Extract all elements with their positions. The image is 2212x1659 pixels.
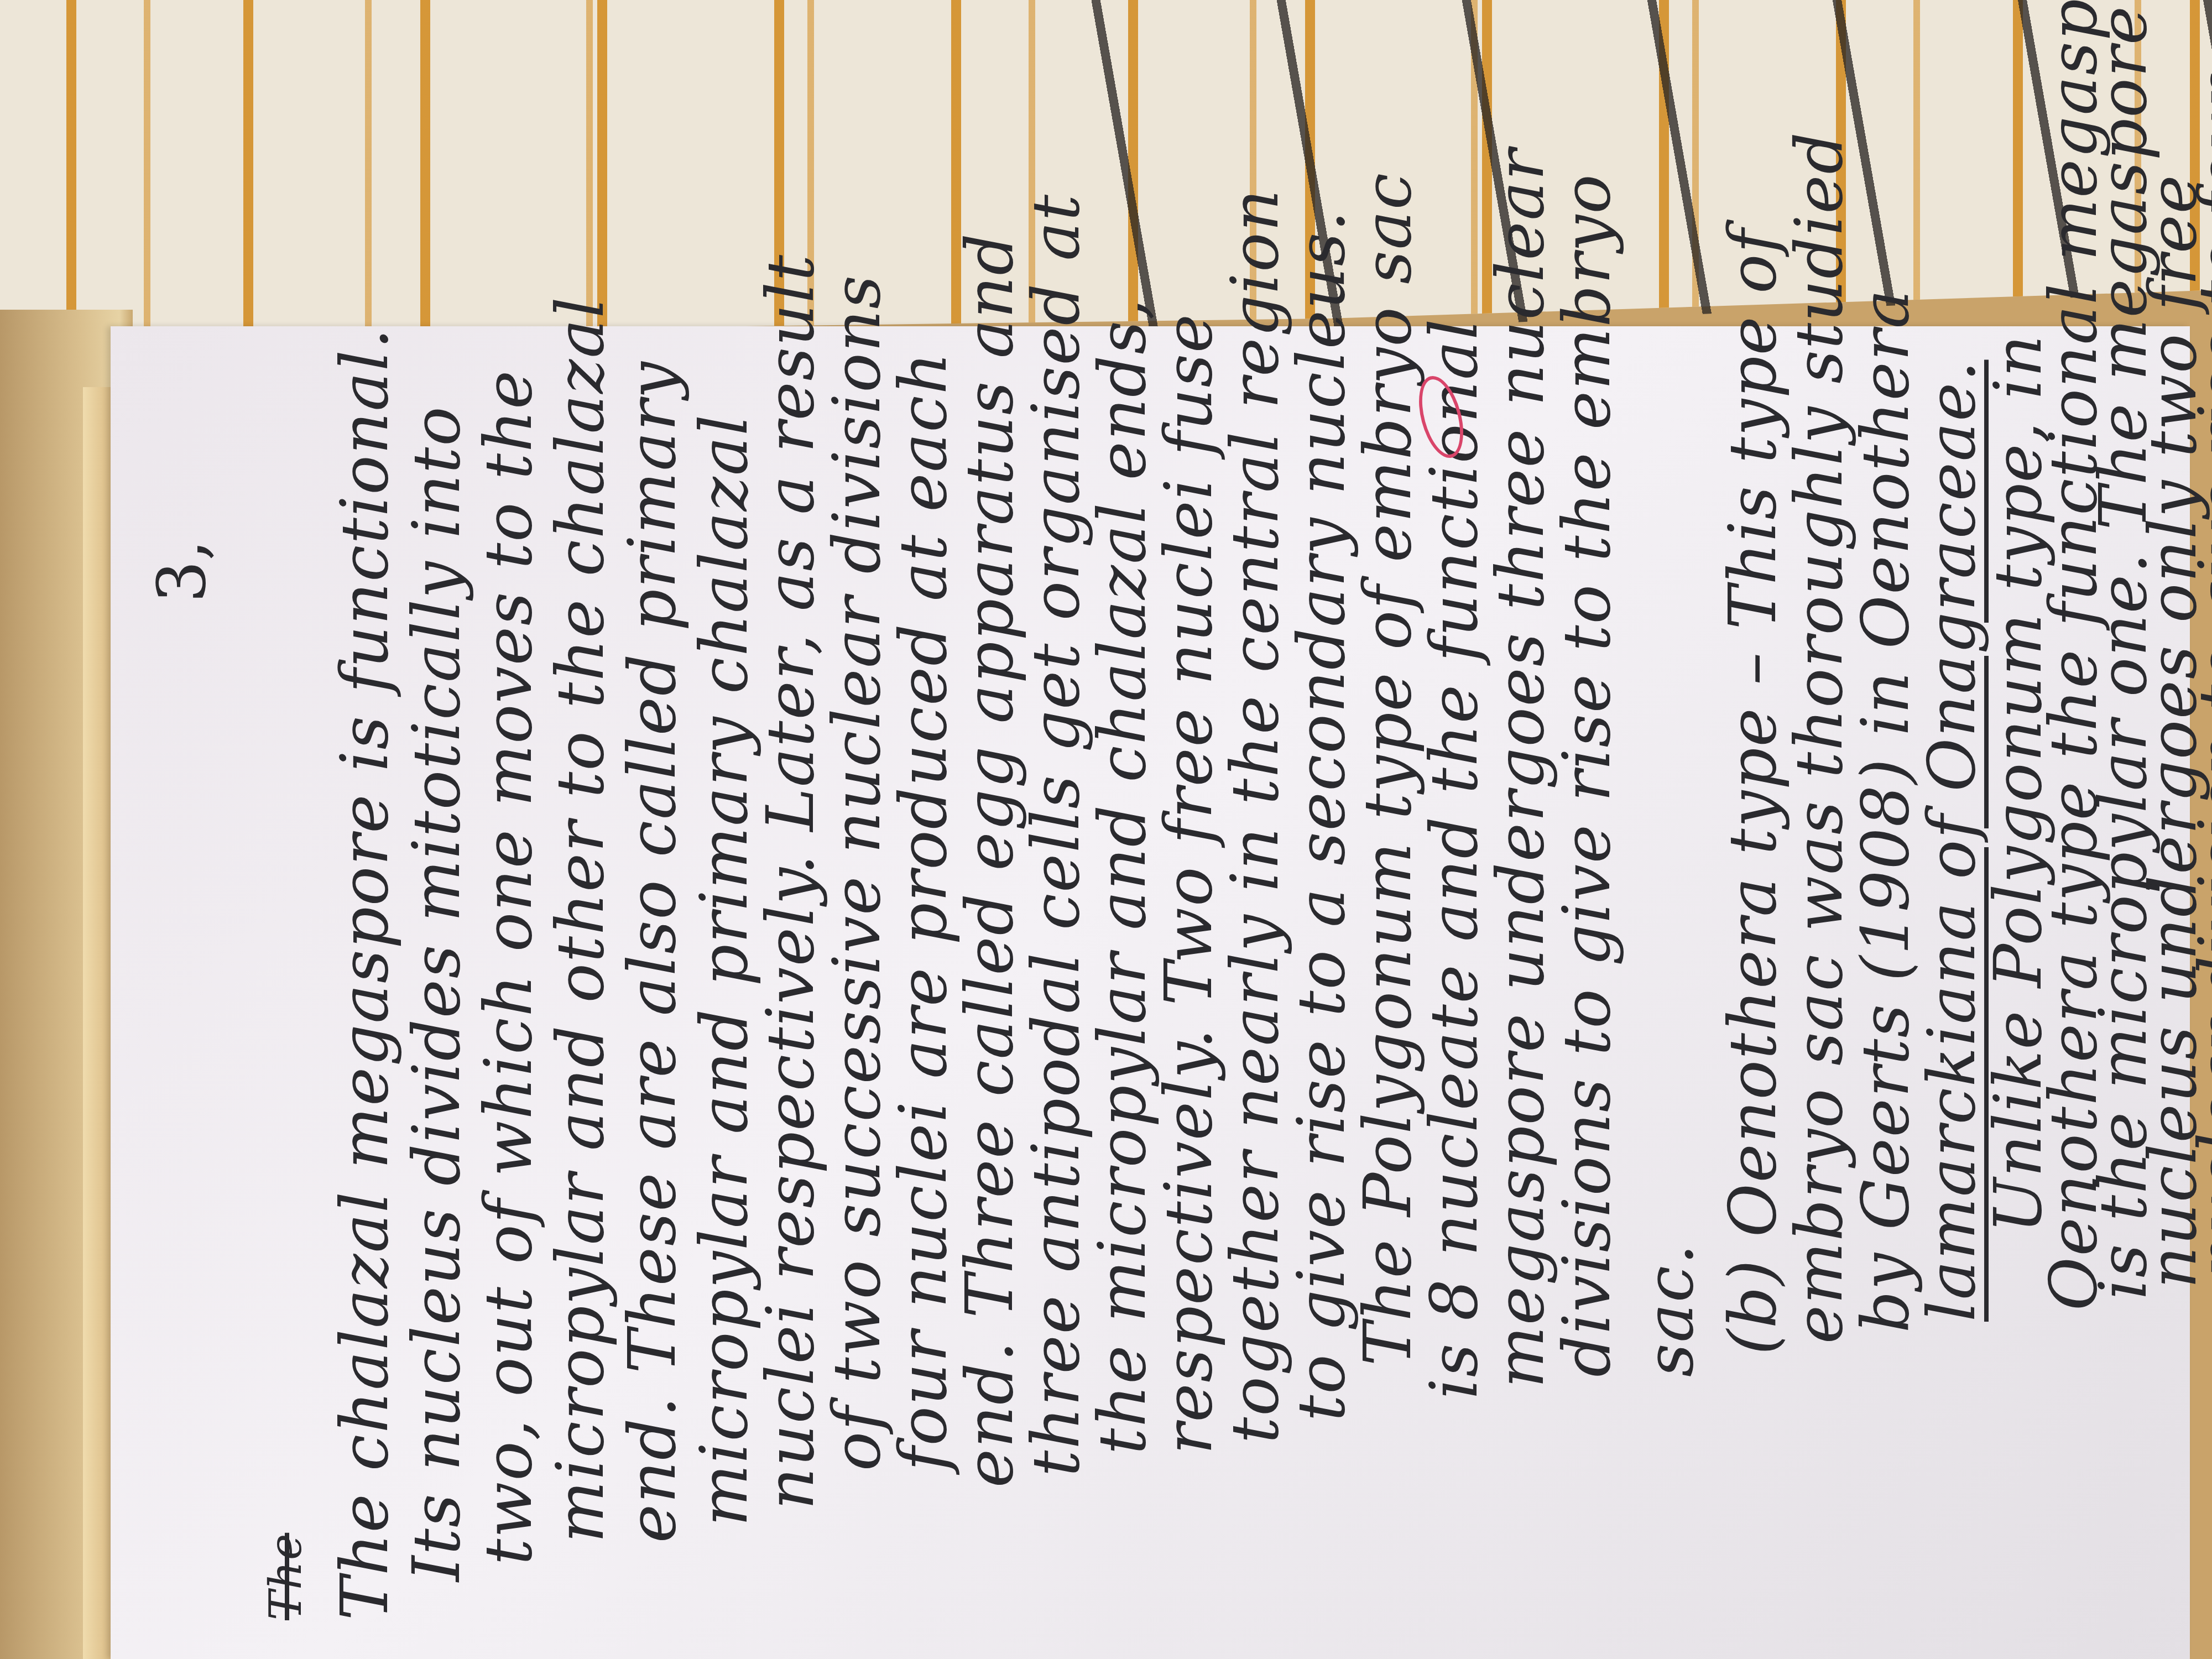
section-heading: (b) Oenothera type – This type of (1714, 228, 1791, 1355)
text-line: nuclei respectively. Later, as a result (752, 254, 828, 1510)
text-line: micropylar and primary chalazal (686, 414, 762, 1526)
handwritten-page-content: 3, The The chalazal megaspore is functio… (144, 326, 2190, 1653)
text-line: together nearly in the central region (1217, 189, 1293, 1443)
text-line: lamarckiana of Onagraceae. (1913, 360, 1990, 1322)
text-line: divisions to give rise to the embryo (1548, 174, 1625, 1377)
text-line: embryo sac was thoroughly studied (1781, 131, 1857, 1344)
text-line: sac. (1631, 1243, 1708, 1377)
text-line: to give rise to a secondary nucleus. (1283, 210, 1359, 1421)
text-line: The Polygonum type of embryo sac (1349, 172, 1426, 1366)
struck-word: The (260, 1533, 311, 1620)
text-line: nuclear division to give rise to four (2184, 76, 2212, 1277)
text-line: three antipodal cells get organised at (1018, 194, 1094, 1477)
text-line: Its nucleus divides mitotically into (398, 406, 474, 1582)
text-line: is 8 nucleate and the functional (1416, 318, 1492, 1399)
text-line: four nuclei are produced at each (885, 351, 961, 1471)
text-line: two, out of which one moves to the (470, 369, 546, 1565)
text-line: end. Three called egg apparatus and (951, 232, 1027, 1488)
page-number: 3, (144, 540, 221, 603)
text-line: megaspore undergoes three nuclear (1482, 148, 1558, 1388)
text-line: respectively. Two free nuclei fuse (1150, 313, 1227, 1454)
text-line: micropylar and other to the chalazal (542, 296, 618, 1543)
text-line: by Geerts (1908) in Oenothera (1847, 289, 1923, 1333)
text-line: end. These are also called primary (614, 361, 690, 1543)
text-line: the micropylar and chalazal ends, (1084, 298, 1160, 1454)
text-line: of two successive nuclear divisions (818, 274, 895, 1471)
text-line: The chalazal megaspore is functional. (326, 327, 403, 1620)
